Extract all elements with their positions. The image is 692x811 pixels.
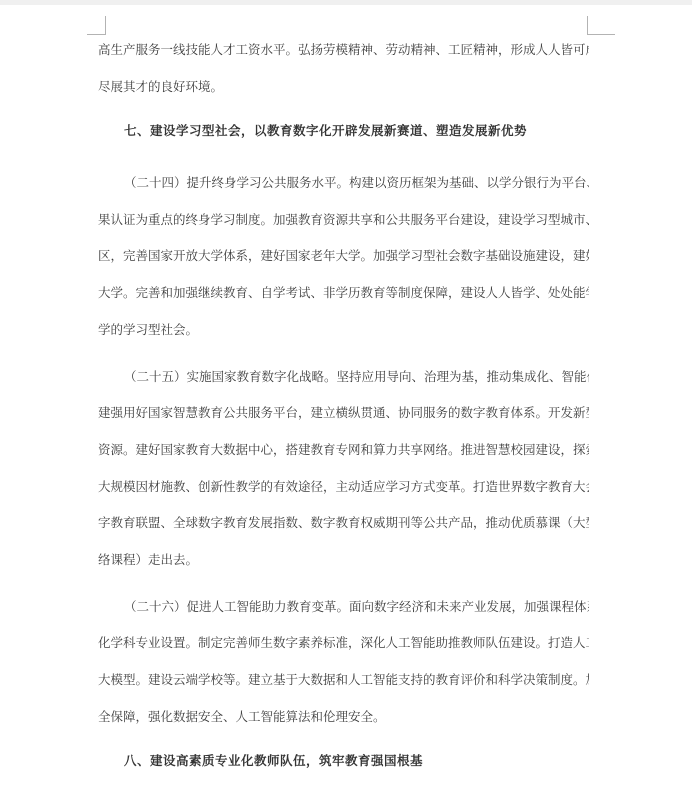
text-line[interactable]: （二十四）提升终身学习公共服务水平。构建以资历框架为基础、以学分银行为平台、以学… [98,165,589,202]
text-line[interactable]: 果认证为重点的终身学习制度。加强教育资源共享和公共服务平台建设，建设学习型城市、… [98,202,589,239]
text-body[interactable]: 高生产服务一线技能人才工资水平。弘扬劳模精神、劳动精神、工匠精神，形成人人皆可成… [98,5,589,795]
section-heading: 七、建设学习型社会，以教育数字化开辟发展新赛道、塑造发展新优势 [98,113,589,150]
text-line[interactable]: 字教育联盟、全球数字教育发展指数、数字教育权威期刊等公共产品，推动优质慕课（大型… [98,505,589,542]
margin-crop-mark-top-right [587,16,615,35]
text-line[interactable]: 区，完善国家开放大学体系，建好国家老年大学。加强学习型社会数字基础设施建设，建好… [98,238,589,275]
text-line[interactable]: 大模型。建设云端学校等。建立基于大数据和人工智能支持的教育评价和科学决策制度。加… [98,662,589,699]
text-line[interactable]: 大学。完善和加强继续教育、自学考试、非学历教育等制度保障，建设人人皆学、处处能学… [98,275,589,312]
text-line[interactable]: 全保障，强化数据安全、人工智能算法和伦理安全。 [98,699,589,736]
text-line[interactable]: 大规模因材施教、创新性教学的有效途径，主动适应学习方式变革。打造世界数字教育大会… [98,469,589,506]
paragraph: （二十五）实施国家教育数字化战略。坚持应用导向、治理为基，推动集成化、智能化、国… [98,359,589,579]
paragraph: （二十四）提升终身学习公共服务水平。构建以资历框架为基础、以学分银行为平台、以学… [98,165,589,348]
section-heading: 八、建设高素质专业化教师队伍，筑牢教育强国根基 [98,743,589,780]
text-line[interactable]: 尽展其才的良好环境。 [98,69,589,106]
text-line[interactable]: 络课程）走出去。 [98,542,589,579]
text-line[interactable]: （二十五）实施国家教育数字化战略。坚持应用导向、治理为基，推动集成化、智能化、国… [98,359,589,396]
text-line[interactable]: 建强用好国家智慧教育公共服务平台，建立横纵贯通、协同服务的数字教育体系。开发新型… [98,395,589,432]
document-viewer: { "page": { "background_color": "#ffffff… [0,0,692,811]
text-line[interactable]: 高生产服务一线技能人才工资水平。弘扬劳模精神、劳动精神、工匠精神，形成人人皆可成… [98,32,589,69]
text-line[interactable]: 资源。建好国家教育大数据中心，搭建教育专网和算力共享网络。推进智慧校园建设，探索… [98,432,589,469]
text-line[interactable]: 化学科专业设置。制定完善师生数字素养标准，深化人工智能助推教师队伍建设。打造人工… [98,625,589,662]
text-line[interactable]: 八、建设高素质专业化教师队伍，筑牢教育强国根基 [98,743,589,780]
text-line[interactable]: 七、建设学习型社会，以教育数字化开辟发展新赛道、塑造发展新优势 [98,113,589,150]
text-line[interactable]: 学的学习型社会。 [98,312,589,349]
paragraph: 高生产服务一线技能人才工资水平。弘扬劳模精神、劳动精神、工匠精神，形成人人皆可成… [98,32,589,105]
text-line[interactable]: （二十六）促进人工智能助力教育变革。面向数字经济和未来产业发展，加强课程体系改革… [98,589,589,626]
document-page[interactable]: 高生产服务一线技能人才工资水平。弘扬劳模精神、劳动精神、工匠精神，形成人人皆可成… [0,5,692,811]
paragraph: （二十六）促进人工智能助力教育变革。面向数字经济和未来产业发展，加强课程体系改革… [98,589,589,736]
